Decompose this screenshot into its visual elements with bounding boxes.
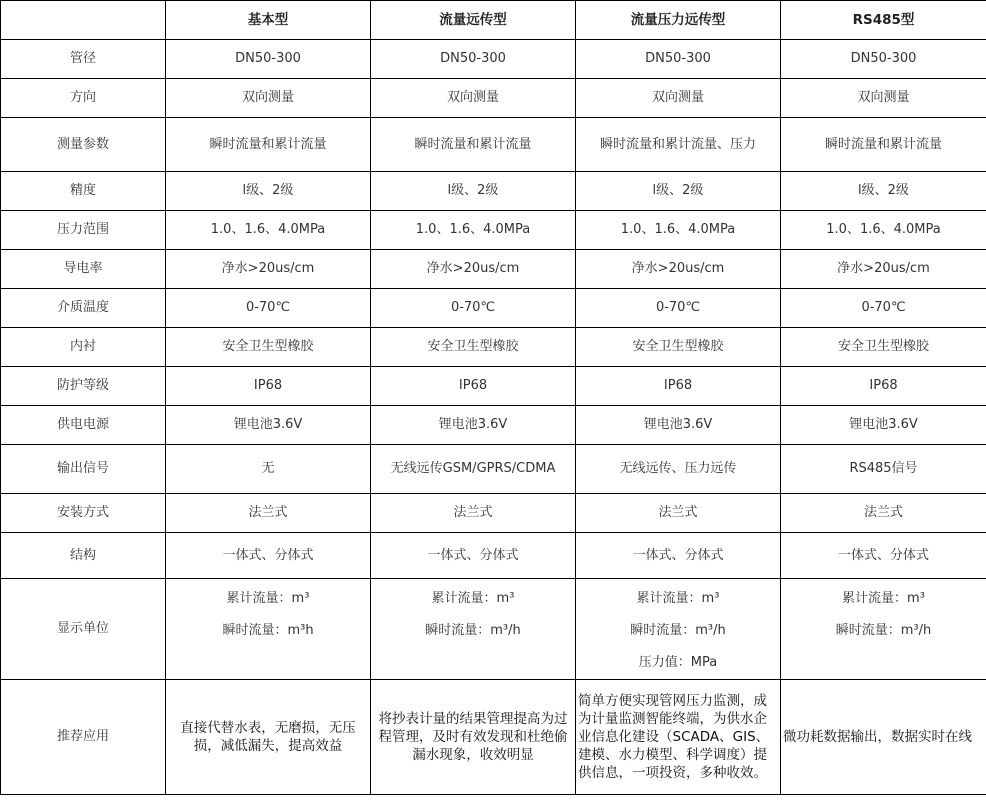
units-cell-flow-pressure-remote: 累计流量：m³ 瞬时流量：m³/h 压力值：MPa — [576, 579, 781, 680]
row-label: 管径 — [1, 40, 166, 79]
table-row-installation: 安装方式 法兰式 法兰式 法兰式 法兰式 — [1, 494, 986, 533]
cell: 双向测量 — [166, 79, 371, 118]
row-label: 输出信号 — [1, 445, 166, 494]
units-line: 压力值：MPa — [580, 647, 776, 679]
cell: 净水>20us/cm — [371, 250, 576, 289]
cell: 0-70℃ — [371, 289, 576, 328]
header-row: 基本型 流量远传型 流量压力远传型 RS485型 — [1, 1, 986, 40]
cell: 一体式、分体式 — [166, 533, 371, 579]
header-flow-pressure-remote: 流量压力远传型 — [576, 1, 781, 40]
cell: 净水>20us/cm — [166, 250, 371, 289]
cell: 无 — [166, 445, 371, 494]
header-basic: 基本型 — [166, 1, 371, 40]
cell: 双向测量 — [781, 79, 986, 118]
cell: 净水>20us/cm — [576, 250, 781, 289]
application-cell-flow-pressure-remote: 简单方便实现管网压力监测，成为计量监测智能终端，为供水企业信息化建设（SCADA… — [576, 680, 781, 795]
cell: 法兰式 — [166, 494, 371, 533]
cell: 一体式、分体式 — [781, 533, 986, 579]
row-label: 方向 — [1, 79, 166, 118]
units-cell-basic: 累计流量：m³ 瞬时流量：m³h — [166, 579, 371, 680]
units-line: 瞬时流量：m³/h — [785, 615, 982, 647]
cell: 一体式、分体式 — [371, 533, 576, 579]
table-row-lining: 内衬 安全卫生型橡胶 安全卫生型橡胶 安全卫生型橡胶 安全卫生型橡胶 — [1, 328, 986, 367]
table-row-output-signal: 输出信号 无 无线远传GSM/GPRS/CDMA 无线远传、压力远传 RS485… — [1, 445, 986, 494]
cell: 0-70℃ — [781, 289, 986, 328]
row-label: 供电电源 — [1, 406, 166, 445]
table-row-pressure-range: 压力范围 1.0、1.6、4.0MPa 1.0、1.6、4.0MPa 1.0、1… — [1, 211, 986, 250]
row-label: 精度 — [1, 172, 166, 211]
header-rs485: RS485型 — [781, 1, 986, 40]
cell: 锂电池3.6V — [781, 406, 986, 445]
table-row-accuracy: 精度 l级、2级 l级、2级 l级、2级 l级、2级 — [1, 172, 986, 211]
cell: l级、2级 — [371, 172, 576, 211]
units-cell-rs485: 累计流量：m³ 瞬时流量：m³/h — [781, 579, 986, 680]
cell: 净水>20us/cm — [781, 250, 986, 289]
table-row-measurement-params: 测量参数 瞬时流量和累计流量 瞬时流量和累计流量 瞬时流量和累计流量、压力 瞬时… — [1, 118, 986, 172]
cell: 双向测量 — [576, 79, 781, 118]
cell: 无线远传GSM/GPRS/CDMA — [371, 445, 576, 494]
table-row-pipe-diameter: 管径 DN50-300 DN50-300 DN50-300 DN50-300 — [1, 40, 986, 79]
cell: 一体式、分体式 — [576, 533, 781, 579]
cell: IP68 — [576, 367, 781, 406]
cell: 瞬时流量和累计流量 — [371, 118, 576, 172]
units-line: 累计流量：m³ — [375, 583, 571, 615]
units-line: 瞬时流量：m³h — [170, 615, 366, 647]
cell: DN50-300 — [781, 40, 986, 79]
cell: 安全卫生型橡胶 — [166, 328, 371, 367]
cell: 瞬时流量和累计流量 — [166, 118, 371, 172]
cell: 1.0、1.6、4.0MPa — [781, 211, 986, 250]
row-label: 显示单位 — [1, 579, 166, 680]
application-cell-flow-remote: 将抄表计量的结果管理提高为过程管理，及时有效发现和杜绝偷漏水现象，收效明显 — [371, 680, 576, 795]
cell: 1.0、1.6、4.0MPa — [371, 211, 576, 250]
row-label: 防护等级 — [1, 367, 166, 406]
cell: l级、2级 — [781, 172, 986, 211]
row-label: 介质温度 — [1, 289, 166, 328]
cell: IP68 — [371, 367, 576, 406]
cell: DN50-300 — [166, 40, 371, 79]
units-line: 累计流量：m³ — [580, 583, 776, 615]
cell: 锂电池3.6V — [166, 406, 371, 445]
cell: 瞬时流量和累计流量、压力 — [576, 118, 781, 172]
table-row-medium-temperature: 介质温度 0-70℃ 0-70℃ 0-70℃ 0-70℃ — [1, 289, 986, 328]
units-line: 累计流量：m³ — [785, 583, 982, 615]
cell: DN50-300 — [371, 40, 576, 79]
cell: 瞬时流量和累计流量 — [781, 118, 986, 172]
table-row-power-supply: 供电电源 锂电池3.6V 锂电池3.6V 锂电池3.6V 锂电池3.6V — [1, 406, 986, 445]
cell: 安全卫生型橡胶 — [371, 328, 576, 367]
row-label: 导电率 — [1, 250, 166, 289]
cell: 安全卫生型橡胶 — [781, 328, 986, 367]
units-line: 累计流量：m³ — [170, 583, 366, 615]
cell: l级、2级 — [166, 172, 371, 211]
cell: 双向测量 — [371, 79, 576, 118]
cell: 法兰式 — [781, 494, 986, 533]
cell: 0-70℃ — [576, 289, 781, 328]
cell: 1.0、1.6、4.0MPa — [576, 211, 781, 250]
units-cell-flow-remote: 累计流量：m³ 瞬时流量：m³/h — [371, 579, 576, 680]
spec-comparison-table: 基本型 流量远传型 流量压力远传型 RS485型 管径 DN50-300 DN5… — [0, 0, 986, 795]
cell: l级、2级 — [576, 172, 781, 211]
header-flow-remote: 流量远传型 — [371, 1, 576, 40]
cell: 1.0、1.6、4.0MPa — [166, 211, 371, 250]
header-corner — [1, 1, 166, 40]
table-row-protection-rating: 防护等级 IP68 IP68 IP68 IP68 — [1, 367, 986, 406]
cell: 法兰式 — [576, 494, 781, 533]
row-label: 推荐应用 — [1, 680, 166, 795]
cell: 无线远传、压力远传 — [576, 445, 781, 494]
application-cell-basic: 直接代替水表，无磨损，无压损，减低漏失，提高效益 — [166, 680, 371, 795]
cell: 安全卫生型橡胶 — [576, 328, 781, 367]
table-row-structure: 结构 一体式、分体式 一体式、分体式 一体式、分体式 一体式、分体式 — [1, 533, 986, 579]
table-row-conductivity: 导电率 净水>20us/cm 净水>20us/cm 净水>20us/cm 净水>… — [1, 250, 986, 289]
row-label: 安装方式 — [1, 494, 166, 533]
cell: DN50-300 — [576, 40, 781, 79]
cell: RS485信号 — [781, 445, 986, 494]
units-line: 瞬时流量：m³/h — [580, 615, 776, 647]
cell: 法兰式 — [371, 494, 576, 533]
row-label: 压力范围 — [1, 211, 166, 250]
cell: IP68 — [166, 367, 371, 406]
cell: 0-70℃ — [166, 289, 371, 328]
cell: 锂电池3.6V — [371, 406, 576, 445]
units-line: 瞬时流量：m³/h — [375, 615, 571, 647]
table-row-recommended-application: 推荐应用 直接代替水表，无磨损，无压损，减低漏失，提高效益 将抄表计量的结果管理… — [1, 680, 986, 795]
row-label: 结构 — [1, 533, 166, 579]
row-label: 内衬 — [1, 328, 166, 367]
application-cell-rs485: 微功耗数据输出，数据实时在线 — [781, 680, 986, 795]
table-row-direction: 方向 双向测量 双向测量 双向测量 双向测量 — [1, 79, 986, 118]
cell: IP68 — [781, 367, 986, 406]
row-label: 测量参数 — [1, 118, 166, 172]
cell: 锂电池3.6V — [576, 406, 781, 445]
table-row-display-units: 显示单位 累计流量：m³ 瞬时流量：m³h 累计流量：m³ 瞬时流量：m³/h … — [1, 579, 986, 680]
